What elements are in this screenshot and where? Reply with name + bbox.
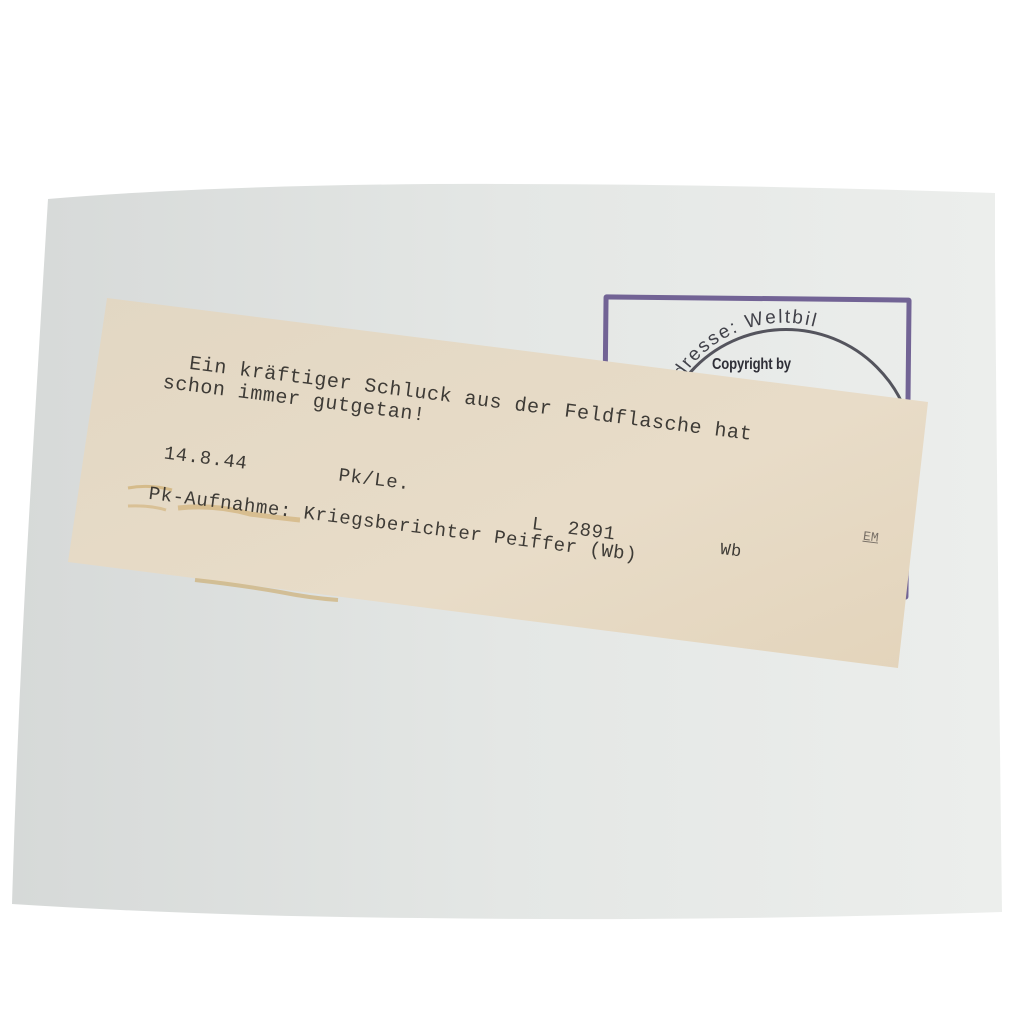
- corner-mark: EM: [862, 529, 879, 546]
- agency-mark: Wb: [719, 541, 743, 563]
- caption-code: Pk/Le.: [337, 465, 411, 496]
- caption-date: 14.8.44: [163, 442, 249, 474]
- stamp-copyright-text: Copyright by: [712, 356, 791, 374]
